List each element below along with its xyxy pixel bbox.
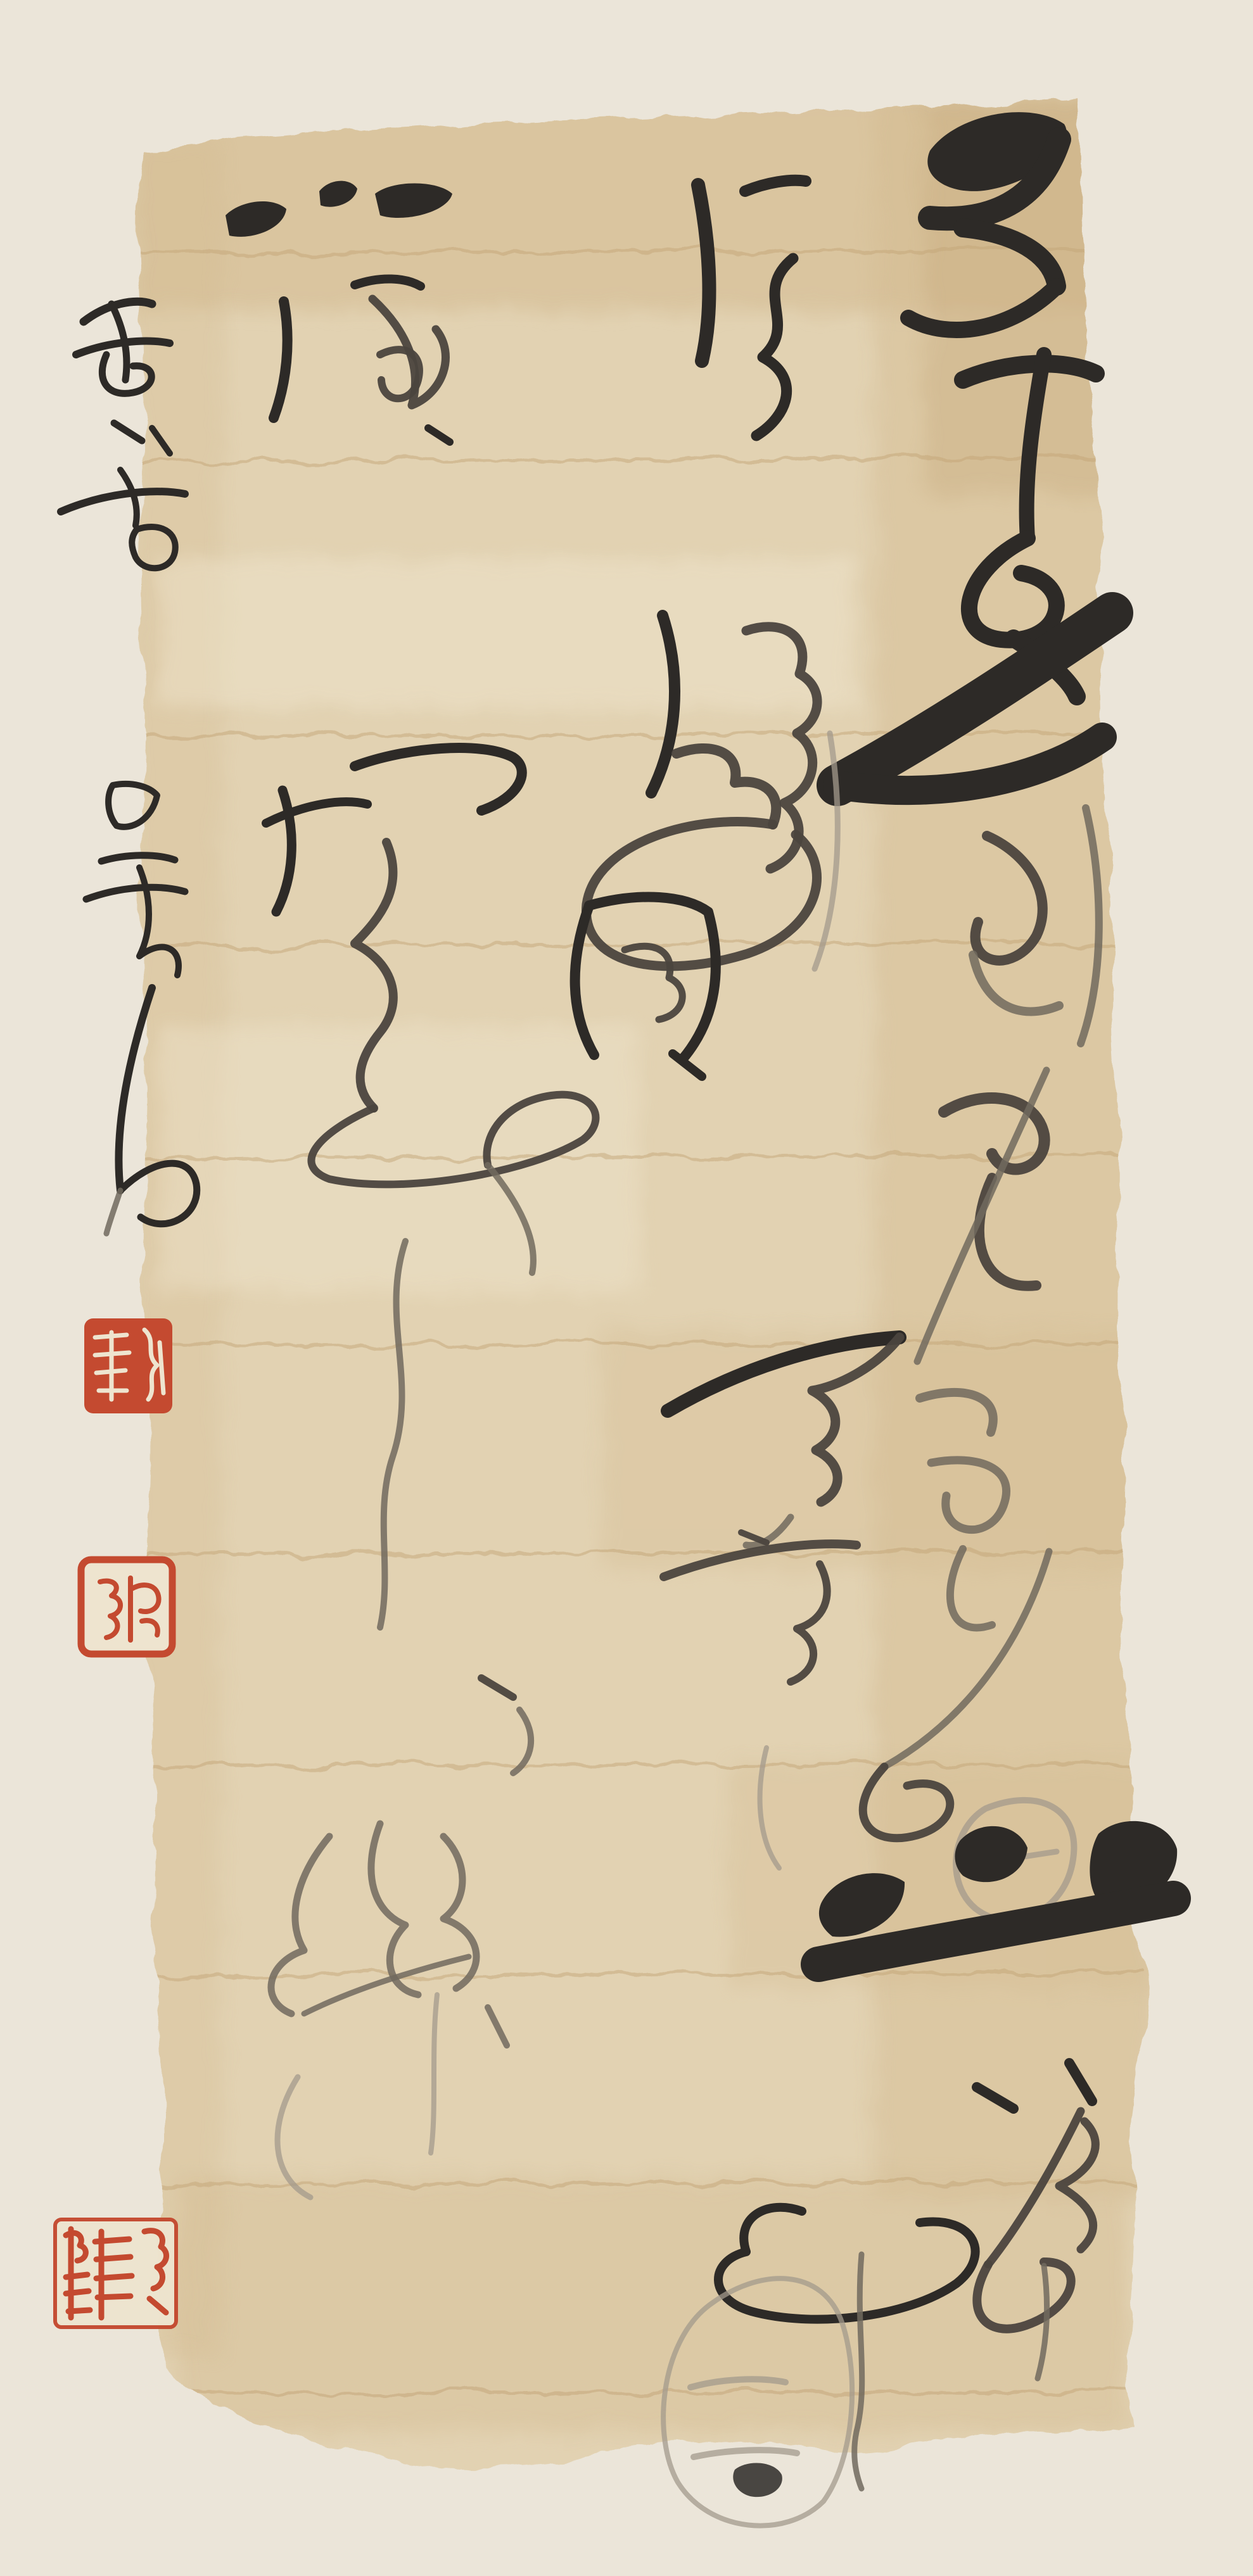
collector-seal bbox=[55, 2219, 176, 2327]
seal-glyph-stroke bbox=[98, 2296, 130, 2297]
lower-artist-seal bbox=[81, 1560, 172, 1654]
seal-glyph-stroke bbox=[96, 2257, 130, 2259]
seal-glyph-stroke bbox=[96, 2276, 132, 2278]
seal-glyph-stroke bbox=[95, 2239, 129, 2242]
wash-band bbox=[602, 1330, 1153, 1570]
upper-artist-seal bbox=[84, 1318, 172, 1413]
artwork-canvas bbox=[0, 0, 1253, 2576]
scroll-artwork: Vertical hanging scroll of explosive cur… bbox=[0, 0, 1253, 2576]
